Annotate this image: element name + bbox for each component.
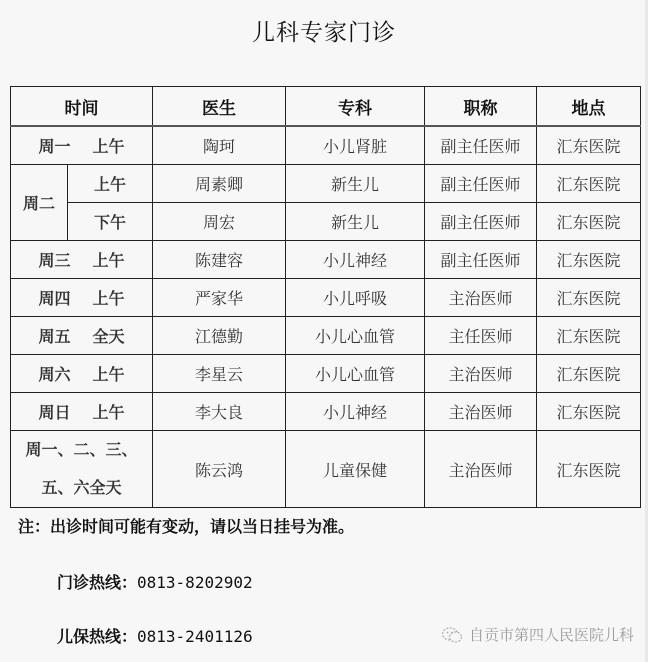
header-time: 时间 <box>11 87 153 127</box>
title-cell: 主治医师 <box>425 279 537 317</box>
title-cell: 主治医师 <box>425 393 537 431</box>
table-row: 周四上午 严家华 小儿呼吸 主治医师 汇东医院 <box>11 279 641 317</box>
session-cell: 上午 <box>68 165 153 203</box>
doctor-cell: 周宏 <box>153 203 286 241</box>
doctor-cell: 李大良 <box>153 393 286 431</box>
day: 周六 <box>38 365 70 384</box>
specialty-cell: 小儿心血管 <box>286 355 425 393</box>
location-cell: 汇东医院 <box>537 279 641 317</box>
specialty-cell: 小儿神经 <box>286 393 425 431</box>
title-cell: 副主任医师 <box>425 165 537 203</box>
session: 上午 <box>93 365 125 384</box>
specialty-cell: 新生儿 <box>286 165 425 203</box>
location-cell: 汇东医院 <box>537 241 641 279</box>
table-row: 周日上午 李大良 小儿神经 主治医师 汇东医院 <box>11 393 641 431</box>
header-title: 职称 <box>425 87 537 127</box>
doctor-cell: 李星云 <box>153 355 286 393</box>
doctor-cell: 陈云鸿 <box>153 431 286 508</box>
table-row: 下午 周宏 新生儿 副主任医师 汇东医院 <box>11 203 641 241</box>
session: 全天 <box>93 327 125 346</box>
table-row: 周六上午 李星云 小儿心血管 主治医师 汇东医院 <box>11 355 641 393</box>
header-doctor: 医生 <box>153 87 286 127</box>
title-cell: 副主任医师 <box>425 203 537 241</box>
day: 周一 <box>38 137 70 156</box>
time-cell: 周日上午 <box>11 393 153 431</box>
doctor-cell: 严家华 <box>153 279 286 317</box>
specialty-cell: 小儿肾脏 <box>286 126 425 165</box>
schedule-note: 注：出诊时间可能有变动，请以当日挂号为准。 <box>18 514 354 537</box>
location-cell: 汇东医院 <box>537 355 641 393</box>
location-cell: 汇东医院 <box>537 317 641 355</box>
table-row: 周一、二、三、五、六全天 陈云鸿 儿童保健 主治医师 汇东医院 <box>11 431 641 508</box>
day: 周三 <box>38 251 70 270</box>
hotline-number: 0813-2401126 <box>137 627 253 646</box>
table-row: 周一上午 陶珂 小儿肾脏 副主任医师 汇东医院 <box>11 126 641 165</box>
doctor-cell: 周素卿 <box>153 165 286 203</box>
title-cell: 主任医师 <box>425 317 537 355</box>
table-row: 周三上午 陈建容 小儿神经 副主任医师 汇东医院 <box>11 241 641 279</box>
title-cell: 主治医师 <box>425 355 537 393</box>
header-location: 地点 <box>537 87 641 127</box>
location-cell: 汇东医院 <box>537 165 641 203</box>
specialty-cell: 小儿心血管 <box>286 317 425 355</box>
outpatient-hotline: 门诊热线：0813-8202902 <box>57 570 253 593</box>
header-specialty: 专科 <box>286 87 425 127</box>
session: 上午 <box>93 251 125 270</box>
specialty-cell: 小儿呼吸 <box>286 279 425 317</box>
hotline-number: 0813-8202902 <box>137 573 253 592</box>
location-cell: 汇东医院 <box>537 431 641 508</box>
schedule-table: 时间 医生 专科 职称 地点 周一上午 陶珂 小儿肾脏 副主任医师 汇东医院 周… <box>10 86 641 508</box>
hotline-label: 儿保热线： <box>57 627 137 646</box>
day-line-1: 周一、二、三、 <box>11 431 152 469</box>
watermark-text: 自贡市第四人民医院儿科 <box>469 624 634 645</box>
time-cell: 周一上午 <box>11 126 153 165</box>
wechat-icon <box>441 626 463 644</box>
watermark: 自贡市第四人民医院儿科 <box>441 624 634 645</box>
table-header-row: 时间 医生 专科 职称 地点 <box>11 87 641 127</box>
child-care-hotline: 儿保热线：0813-2401126 <box>57 624 253 647</box>
time-cell: 周五全天 <box>11 317 153 355</box>
location-cell: 汇东医院 <box>537 393 641 431</box>
day-line-2: 五、六全天 <box>11 469 152 507</box>
table-row: 周五全天 江德勤 小儿心血管 主任医师 汇东医院 <box>11 317 641 355</box>
session-cell: 下午 <box>68 203 153 241</box>
day: 周四 <box>38 289 70 308</box>
session: 上午 <box>93 403 125 422</box>
title-cell: 副主任医师 <box>425 126 537 165</box>
specialty-cell: 新生儿 <box>286 203 425 241</box>
title-cell: 主治医师 <box>425 431 537 508</box>
location-cell: 汇东医院 <box>537 203 641 241</box>
table-row: 周二 上午 周素卿 新生儿 副主任医师 汇东医院 <box>11 165 641 203</box>
day: 周日 <box>38 403 70 422</box>
hotline-label: 门诊热线： <box>57 573 137 592</box>
time-cell: 周六上午 <box>11 355 153 393</box>
doctor-cell: 陶珂 <box>153 126 286 165</box>
session: 上午 <box>93 289 125 308</box>
time-cell: 周三上午 <box>11 241 153 279</box>
doctor-cell: 陈建容 <box>153 241 286 279</box>
location-cell: 汇东医院 <box>537 126 641 165</box>
specialty-cell: 儿童保健 <box>286 431 425 508</box>
title-cell: 副主任医师 <box>425 241 537 279</box>
day-cell: 周二 <box>11 165 68 241</box>
time-cell: 周一、二、三、五、六全天 <box>11 431 153 508</box>
time-cell: 周四上午 <box>11 279 153 317</box>
page-title: 儿科专家门诊 <box>0 14 648 47</box>
session: 上午 <box>93 137 125 156</box>
specialty-cell: 小儿神经 <box>286 241 425 279</box>
doctor-cell: 江德勤 <box>153 317 286 355</box>
day: 周五 <box>38 327 70 346</box>
